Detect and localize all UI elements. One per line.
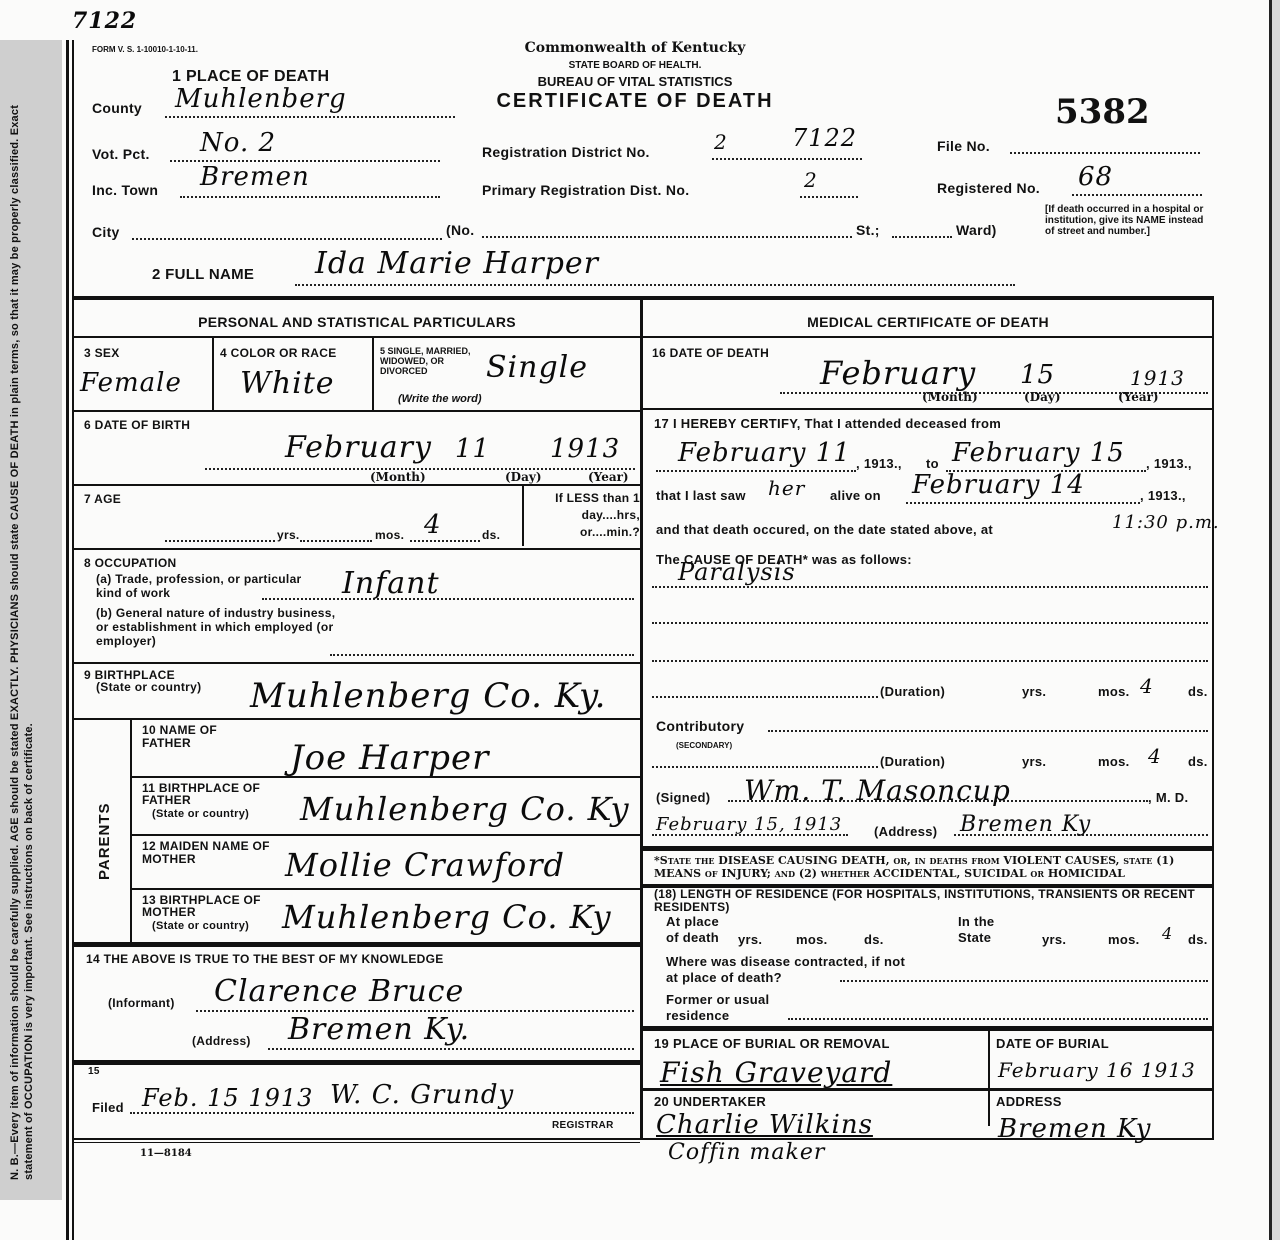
duration-label: (Duration) (880, 684, 945, 699)
rule (643, 408, 1213, 410)
burial-place-value[interactable]: Fish Graveyard (660, 1056, 892, 1089)
undertaker-address-label: ADDRESS (996, 1094, 1062, 1109)
filed-field[interactable]: Feb. 15 1913 W. C. Grundy (130, 1098, 634, 1114)
attended-from-field[interactable]: February 11 (656, 458, 856, 472)
undertaker-value[interactable]: Charlie Wilkins (656, 1110, 873, 1140)
dod-year-hint: (Year) (1118, 390, 1159, 404)
rule (132, 888, 640, 890)
burial-date-value[interactable]: February 16 1913 (998, 1058, 1196, 1082)
filed-label: Filed (92, 1100, 124, 1115)
attended-to-year: , 1913., (1146, 456, 1192, 471)
rule (522, 486, 524, 546)
dob-year-hint: (Year) (588, 470, 629, 484)
father-birthplace-label: 11 BIRTHPLACE OF FATHER (142, 782, 262, 806)
dob-label: 6 DATE OF BIRTH (84, 418, 190, 432)
rule (212, 338, 214, 410)
occupation-value: Infant (342, 566, 440, 601)
signed-address-field[interactable]: Bremen Ky (954, 834, 1208, 836)
rule (74, 718, 640, 720)
sex-label: 3 SEX (84, 346, 120, 360)
at-place-mos-label: mos. (796, 932, 828, 947)
residence-title: (18) LENGTH OF RESIDENCE (FOR HOSPITALS,… (654, 888, 1210, 914)
rule (74, 548, 640, 550)
age-ds-label: ds. (482, 528, 500, 542)
contributory-mos-label: mos. (1098, 754, 1130, 769)
signed-field[interactable]: Wm. T. Masoncup (728, 800, 1148, 802)
at-place-label: At place of death (666, 914, 726, 946)
full-name-value: Ida Marie Harper (315, 246, 599, 281)
informant-statement: 14 THE ABOVE IS TRUE TO THE BEST OF MY K… (86, 952, 444, 966)
section-rule-top (74, 296, 1214, 300)
birthplace-hint: (State or country) (96, 680, 201, 694)
hospital-note: [If death occurred in a hospital or inst… (1045, 204, 1210, 237)
registrar-value: W. C. Grundy (330, 1080, 514, 1110)
cause-footnote: *State the DISEASE CAUSING DEATH, or, in… (654, 854, 1210, 880)
personal-section-title: PERSONAL AND STATISTICAL PARTICULARS (74, 314, 640, 330)
registrar-label: REGISTRAR (552, 1120, 614, 1131)
dob-day: 11 (455, 434, 490, 464)
commonwealth-title: Commonwealth of Kentucky (470, 40, 800, 56)
age-yrs-label: yrs. (277, 528, 300, 542)
cause-field-1[interactable]: Paralysis (652, 586, 1208, 588)
dod-label: 16 DATE OF DEATH (652, 346, 769, 360)
board-of-health: STATE BOARD OF HEALTH. (470, 60, 800, 71)
header-block: Commonwealth of Kentucky STATE BOARD OF … (470, 40, 800, 113)
contributory-yrs-label: yrs. (1022, 754, 1046, 769)
informant-value: Clarence Bruce (214, 974, 464, 1009)
signed-value: Wm. T. Masoncup (744, 774, 1011, 807)
contributory-ds-value[interactable]: 4 (1148, 744, 1162, 768)
rule (74, 1060, 640, 1065)
burial-place-label: 19 PLACE OF BURIAL OR REMOVAL (654, 1036, 890, 1051)
burial-date-label: DATE OF BURIAL (996, 1036, 1109, 1051)
rule (132, 776, 640, 778)
father-name-label: 10 NAME OF FATHER (142, 724, 242, 750)
cause-field-3[interactable] (652, 660, 1208, 662)
marital-value[interactable]: Single (486, 350, 588, 385)
dob-month-hint: (Month) (370, 470, 426, 484)
last-saw-label-a: that I last saw (656, 488, 746, 503)
informant-address-field[interactable]: Bremen Ky. (268, 1034, 634, 1050)
file-number-stamp: 5382 (1055, 92, 1150, 132)
sex-value[interactable]: Female (80, 368, 182, 398)
mother-birthplace-label: 13 BIRTHPLACE OF MOTHER (142, 894, 262, 918)
contributory-field[interactable] (768, 730, 1208, 732)
signed-address-label: (Address) (874, 824, 937, 839)
right-frame-rule (1212, 300, 1214, 1140)
attended-from-date: February 11 (678, 438, 851, 468)
left-frame-rule (66, 40, 74, 1240)
informant-address-value: Bremen Ky. (288, 1012, 470, 1047)
dob-year: 1913 (550, 434, 620, 464)
md-label: , M. D. (1148, 790, 1188, 805)
occupation-b-label: (b) General nature of industry business,… (96, 606, 336, 648)
occupation-field[interactable]: Infant (262, 588, 634, 600)
city-label: City (92, 224, 120, 240)
mother-birthplace-hint: (State or country) (152, 920, 249, 932)
signed-date: February 15, 1913 (656, 814, 842, 835)
corner-note: 7122 (72, 8, 137, 34)
at-place-ds-label: ds. (864, 932, 884, 947)
reg-district-field[interactable]: 2 7122 (712, 140, 862, 160)
attended-to-date: February 15 (952, 438, 1125, 468)
father-name-value[interactable]: Joe Harper (290, 738, 489, 778)
to-label: to (926, 456, 939, 471)
former-residence-field[interactable] (788, 1018, 1208, 1020)
rule (643, 336, 1213, 338)
undertaker-address-value[interactable]: Bremen Ky (998, 1114, 1151, 1144)
inc-town-value: Bremen (200, 162, 310, 192)
rule (74, 662, 640, 664)
street-no-label: (No. (446, 222, 474, 238)
age-label: 7 AGE (84, 492, 121, 506)
dod-month: February (820, 354, 976, 392)
file-no-label: File No. (937, 138, 990, 154)
former-residence-label: Former or usual residence (666, 992, 806, 1024)
rule (74, 410, 640, 412)
filing-number: 15 (88, 1066, 100, 1077)
last-saw-date: February 14 (912, 470, 1085, 500)
employer-field[interactable] (330, 646, 634, 656)
in-state-mos-label: mos. (1108, 932, 1140, 947)
parents-label: PARENTS (96, 802, 113, 880)
full-name-field[interactable]: Ida Marie Harper (295, 264, 1015, 286)
marital-label: 5 SINGLE, MARRIED, WIDOWED, OR DIVORCED (380, 346, 480, 376)
duration-ds-value[interactable]: 4 (1140, 674, 1154, 698)
rule (643, 1026, 1213, 1031)
last-saw-who[interactable]: her (768, 476, 805, 500)
father-birthplace-hint: (State or country) (152, 808, 249, 820)
in-state-ds-label: ds. (1188, 932, 1208, 947)
at-place-yrs-label: yrs. (738, 932, 762, 947)
death-time-value[interactable]: 11:30 p.m. (1112, 512, 1220, 533)
county-label: County (92, 100, 142, 116)
death-time-label: and that death occured, on the date stat… (656, 522, 993, 537)
primary-reg-field[interactable]: 2 (800, 178, 858, 198)
county-value: Muhlenberg (175, 84, 347, 114)
duration-ds-label: ds. (1188, 684, 1208, 699)
ward-label: Ward) (956, 222, 997, 238)
form-number: FORM V. S. 1-10010-1-10-11. (92, 44, 198, 55)
father-birthplace-value[interactable]: Muhlenberg Co. Ky (300, 790, 630, 828)
reg-district-value: 2 (714, 130, 728, 154)
signed-address-value: Bremen Ky (960, 812, 1091, 837)
cause-value: Paralysis (678, 558, 796, 586)
informant-address-label: (Address) (192, 1034, 251, 1048)
rule (372, 338, 374, 410)
signed-label: (Signed) (656, 790, 710, 805)
filed-date: Feb. 15 1913 (142, 1084, 313, 1112)
attended-from-year: , 1913., (856, 456, 902, 471)
age-months-field[interactable] (300, 530, 372, 542)
full-name-label: 2 FULL NAME (152, 266, 254, 283)
print-code: 11—8184 (140, 1148, 192, 1159)
rule (988, 1031, 990, 1126)
secondary-label: (SECONDARY) (676, 740, 732, 751)
street-field[interactable] (482, 218, 852, 238)
last-saw-label-b: alive on (830, 488, 881, 503)
contributory-label: Contributory (656, 718, 744, 734)
color-value[interactable]: White (240, 366, 335, 401)
primary-reg-value: 2 (804, 168, 818, 192)
street-label: St.; (856, 222, 880, 238)
bureau-title: BUREAU OF VITAL STATISTICS (470, 74, 800, 89)
dob-month: February (285, 430, 432, 465)
dod-month-hint: (Month) (922, 390, 978, 404)
margin-instructions-text: N. B.—Every item of information should b… (8, 60, 36, 1180)
mother-maiden-value[interactable]: Mollie Crawford (285, 846, 565, 884)
in-state-yrs-label: yrs. (1042, 932, 1066, 947)
undertaker-label: 20 UNDERTAKER (654, 1094, 766, 1109)
rule (132, 834, 640, 836)
medical-section-title: MEDICAL CERTIFICATE OF DEATH (643, 314, 1213, 330)
rule (74, 942, 640, 947)
less-than-day-label: If LESS than 1 day....hrs, or....min.? (530, 490, 640, 541)
age-days-field[interactable]: 4 (410, 530, 480, 542)
mother-birthplace-value[interactable]: Muhlenberg Co. Ky (282, 898, 612, 936)
rule (74, 336, 640, 338)
last-saw-year: , 1913., (1140, 488, 1186, 503)
death-certificate-sheet: N. B.—Every item of information should b… (0, 0, 1272, 1240)
registered-no-value: 68 (1078, 162, 1113, 192)
in-state-label: In the State (958, 914, 1008, 946)
rule (74, 484, 640, 486)
dod-year: 1913 (1130, 366, 1185, 390)
mother-maiden-label: 12 MAIDEN NAME OF MOTHER (142, 840, 272, 866)
age-days-value: 4 (424, 510, 442, 540)
age-years-field[interactable] (165, 530, 275, 542)
rule (643, 846, 1213, 851)
inc-town-label: Inc. Town (92, 182, 158, 198)
informant-label: (Informant) (108, 996, 175, 1010)
registered-no-field[interactable]: 68 (1072, 176, 1202, 196)
column-divider (640, 300, 643, 1140)
signed-date-field[interactable]: February 15, 1913 (652, 834, 848, 836)
informant-field[interactable]: Clarence Bruce (196, 996, 634, 1012)
in-state-ds-value[interactable]: 4 (1162, 924, 1173, 943)
city-field[interactable] (132, 220, 442, 240)
cause-field-2[interactable] (652, 622, 1208, 624)
inc-town-field[interactable]: Bremen (180, 178, 440, 198)
vot-pct-field[interactable]: No. 2 (170, 142, 440, 162)
certify-statement: 17 I HEREBY CERTIFY, That I attended dec… (654, 416, 1001, 431)
vot-pct-label: Vot. Pct. (92, 146, 150, 162)
dod-day: 15 (1020, 360, 1055, 390)
occupation-label: 8 OCCUPATION (84, 556, 177, 570)
undertaker-note[interactable]: Coffin maker (668, 1140, 825, 1165)
ward-field[interactable] (892, 218, 952, 238)
color-label: 4 COLOR OR RACE (220, 346, 337, 360)
last-saw-field[interactable]: February 14 (906, 490, 1140, 504)
county-field[interactable]: Muhlenberg (165, 96, 455, 118)
reg-district-annotation: 7122 (792, 124, 857, 152)
rule (74, 1142, 640, 1143)
registered-no-label: Registered No. (937, 180, 1040, 196)
duration-blank[interactable] (652, 696, 878, 698)
dob-field[interactable]: February 11 1913 (205, 448, 635, 470)
contributory-ds-label: ds. (1188, 754, 1208, 769)
primary-reg-label: Primary Registration Dist. No. (482, 182, 689, 198)
contracted-field[interactable] (840, 980, 1208, 982)
vot-pct-value: No. 2 (200, 128, 276, 158)
certificate-title: CERTIFICATE OF DEATH (470, 90, 800, 113)
reg-district-label: Registration District No. (482, 144, 650, 160)
contributory-duration-label: (Duration) (880, 754, 945, 769)
rule (643, 1088, 1213, 1091)
file-no-field[interactable] (1010, 134, 1200, 154)
age-mos-label: mos. (375, 528, 404, 542)
birthplace-value[interactable]: Muhlenberg Co. Ky. (250, 676, 606, 716)
contributory-duration-blank[interactable] (652, 766, 878, 768)
duration-mos-label: mos. (1098, 684, 1130, 699)
dod-day-hint: (Day) (1024, 390, 1061, 404)
rule (130, 720, 132, 942)
marital-hint: (Write the word) (398, 394, 482, 405)
dob-day-hint: (Day) (505, 470, 542, 484)
duration-yrs-label: yrs. (1022, 684, 1046, 699)
